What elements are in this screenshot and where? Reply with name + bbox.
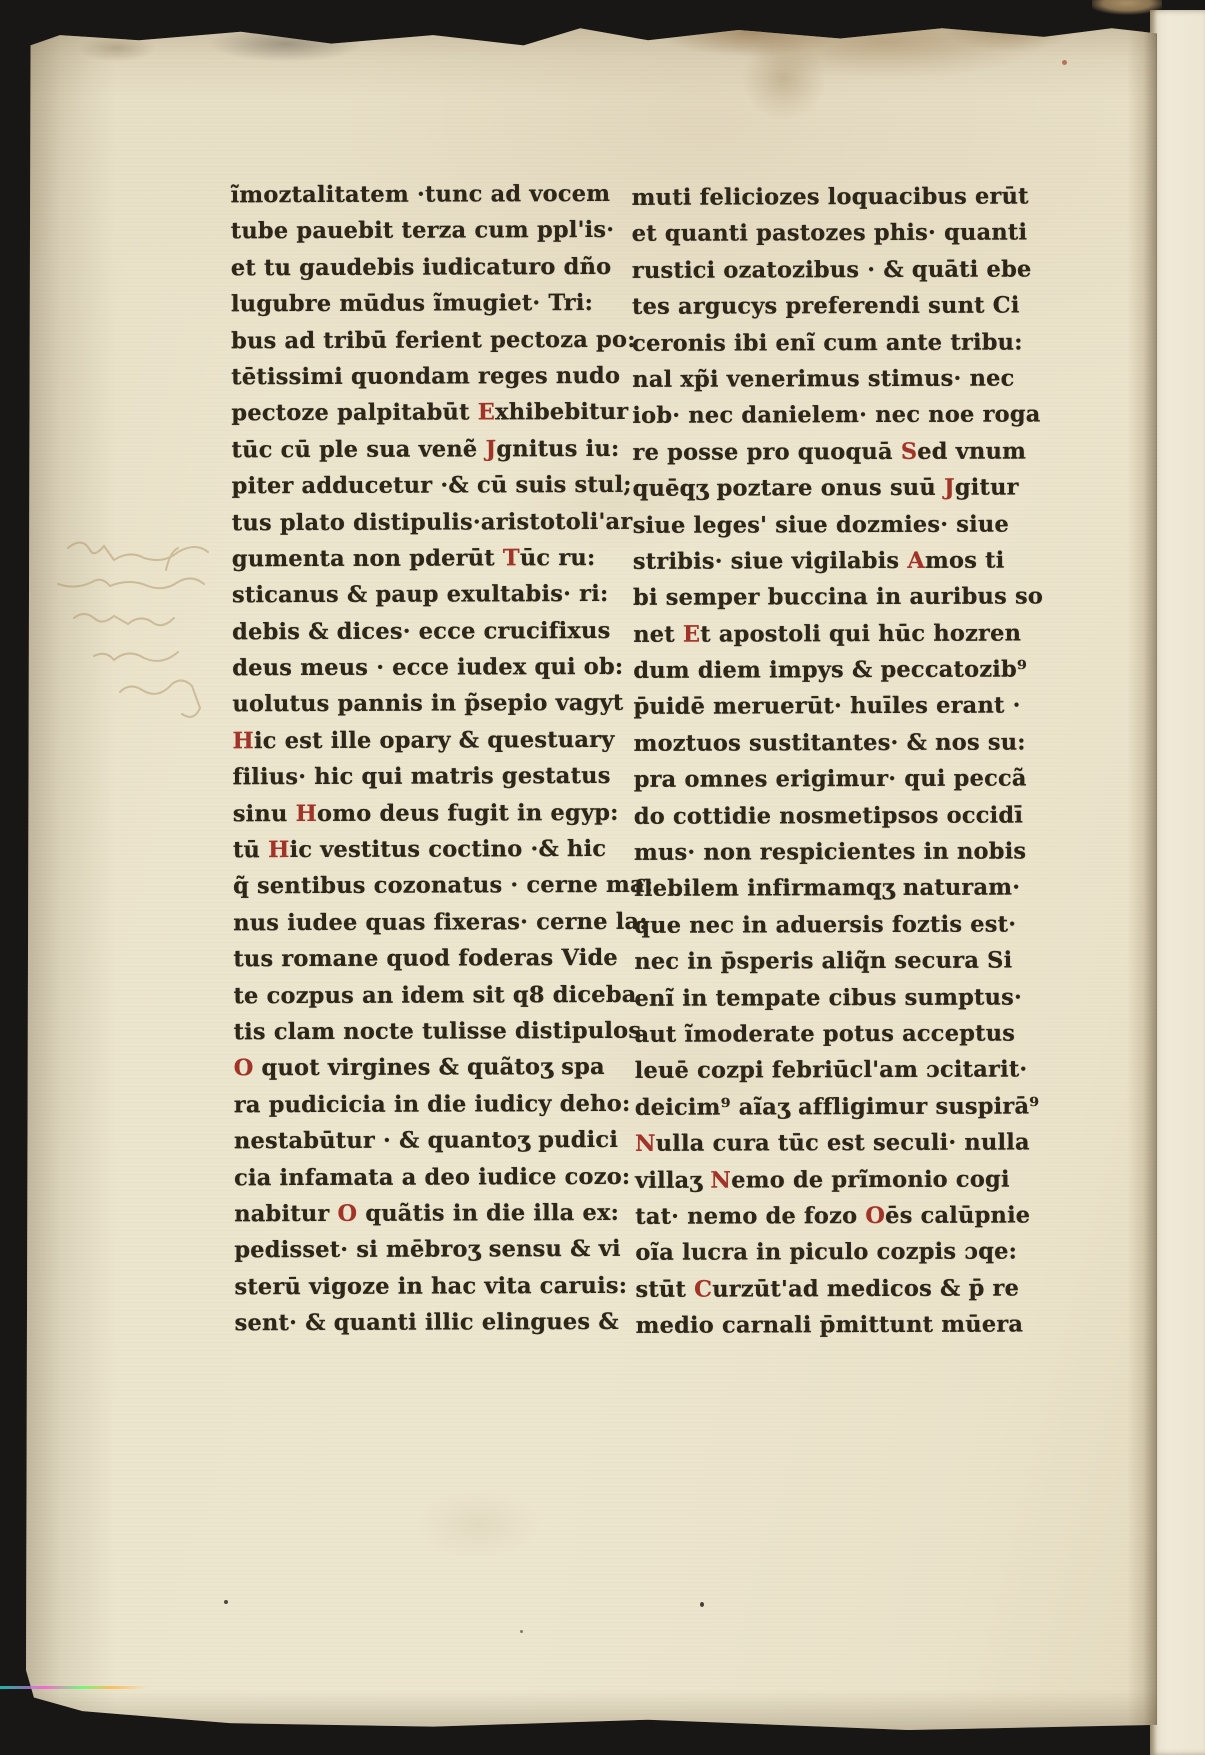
text-line: siue leges' siue dozmies· siue [633, 506, 989, 544]
text-line: nec in p̄speris aliq̃n secura Si [634, 943, 990, 981]
text-line: aut ĩmoderate potus acceptus [634, 1016, 990, 1054]
text-run: ic est ille opary & questuary [254, 727, 615, 754]
text-run: xhibebitur [495, 399, 628, 425]
text-line: tat· nemo de fozo Oēs calūpnie [635, 1198, 991, 1236]
text-line: tus plato distipulis·aristotoli'ar [232, 504, 588, 542]
text-run: re posse pro quoquā [632, 439, 900, 466]
text-line: q̃ sentibus cozonatus · cerne ma: [233, 867, 589, 905]
text-run: q̃ sentibus cozonatus · cerne ma: [233, 872, 653, 899]
rubricated-letter: O [234, 1056, 254, 1082]
text-run: oĩa lucra in piculo cozpis ɔqe: [635, 1239, 1017, 1266]
text-run: te cozpus an idem sit q8 diceba [233, 981, 636, 1008]
text-run: tube pauebit terza cum ppl'is· [231, 217, 615, 244]
text-line: tūc cū ple sua venẽ Jgnitus iu: [231, 431, 587, 469]
text-run: emo de prĩmonio cogi [731, 1166, 1010, 1193]
text-line: sterū vigoze in hac vita caruis: [234, 1268, 590, 1306]
text-run: ic vestitus coctino ·& hic [290, 836, 607, 863]
text-line: villaʒ Nemo de prĩmonio cogi [635, 1161, 991, 1199]
text-run: p̄uidē meruerūt· huīles erant · [633, 693, 1020, 720]
text-run: et tu gaudebis iudicaturo dño [231, 254, 612, 281]
text-line: nus iudee quas fixeras· cerne la: [233, 904, 589, 942]
text-line: leuē cozpi febriūcl'am ɔcitarit· [635, 1052, 991, 1090]
text-line: re posse pro quoquā Sed vnum [632, 433, 988, 471]
text-line: tis clam nocte tulisse distipulos [233, 1013, 589, 1051]
text-line: mus· non respicientes in nobis [634, 834, 990, 872]
rubricated-letter: H [296, 801, 318, 827]
text-run: villaʒ [635, 1167, 710, 1193]
rubricated-letter: C [694, 1276, 712, 1302]
text-line: medio carnali p̄mittunt mūera [636, 1307, 992, 1345]
text-line: O quot virgines & quãtoʒ spa [234, 1049, 590, 1087]
text-run: pectoze palpitabūt [231, 400, 477, 427]
text-run: sticanus & paup exultabis· ri: [232, 581, 609, 608]
text-run: quãtis in die illa ex: [357, 1200, 619, 1227]
text-run: tus romane quod foderas Vide [233, 945, 618, 972]
text-line: rustici ozatozibus · & quāti ebe [632, 251, 988, 289]
text-run: gitur [955, 475, 1019, 501]
text-line: quēqʒ poztare onus suū Jgitur [633, 470, 989, 508]
rubricated-letter: N [635, 1131, 656, 1157]
text-line: nal xp̃i venerimus stimus· nec [632, 361, 988, 399]
rubricated-letter: O [337, 1201, 357, 1227]
text-line: piter adducetur ·& cū suis stul; [232, 467, 588, 505]
text-run: nus iudee quas fixeras· cerne la: [233, 909, 648, 936]
text-run: t apostoli qui hūc hozren [700, 620, 1021, 647]
text-run: filius· hic qui matris gestatus [233, 763, 611, 790]
text-line: stribis· siue vigilabis Amos ti [633, 543, 989, 581]
text-line: nestabūtur · & quantoʒ pudici [234, 1122, 590, 1160]
text-line: tū Hic vestitus coctino ·& hic [233, 831, 589, 869]
text-column-right: muti feliciozes loquacibus erūtet quanti… [632, 179, 992, 1345]
text-run: quot virgines & quãtoʒ spa [253, 1054, 604, 1081]
rubricated-letter: N [710, 1167, 731, 1193]
text-run: nec in p̄speris aliq̃n secura Si [634, 948, 1012, 975]
text-line: nabitur O quãtis in die illa ex: [234, 1195, 590, 1233]
text-column-left: ĩmoztalitatem ·tunc ad vocemtube pauebit… [231, 176, 591, 1342]
text-run: quēqʒ poztare onus suū [633, 475, 944, 502]
text-line: gumenta non pderūt Tūc ru: [232, 540, 588, 578]
scanned-book-photograph: ĩmoztalitatem ·tunc ad vocemtube pauebit… [0, 0, 1205, 1755]
text-run: ūc ru: [520, 545, 596, 571]
text-run: et quanti pastozes phis· quanti [632, 220, 1028, 247]
text-run: dum diem impys & peccatozib⁹ [633, 657, 1027, 684]
text-line: sent· & quanti illic elingues & [235, 1304, 591, 1342]
text-line: tes argucys preferendi sunt Ci [632, 288, 988, 326]
text-run: tētissimi quondam reges nudo [231, 363, 620, 390]
rubricated-letter: H [232, 728, 254, 754]
text-line: stūt Curzūt'ad medicos & p̄ re [635, 1270, 991, 1308]
text-run: ulla cura tūc est seculi· nulla [656, 1130, 1030, 1157]
text-run: net [633, 621, 683, 647]
text-run: deicim⁹ aĩaʒ affligimur suspirā⁹ [635, 1093, 1040, 1120]
printed-text-block: ĩmoztalitatem ·tunc ad vocemtube pauebit… [23, 16, 1160, 1732]
text-run: pra omnes erigimur· qui peccã [634, 766, 1027, 793]
text-line: p̄uidē meruerūt· huīles erant · [633, 688, 989, 726]
rubricated-letter: H [268, 837, 290, 863]
text-run: nal xp̃i venerimus stimus· nec [632, 365, 1014, 392]
text-run: pedisset· si mēbroʒ sensu & vi [234, 1236, 620, 1263]
text-line: sinu Homo deus fugit in egyp: [233, 795, 589, 833]
text-run: nabitur [234, 1201, 337, 1227]
text-run: tūc cū ple sua venẽ [231, 436, 485, 463]
text-run: cia infamata a deo iudice cozo: [234, 1163, 630, 1190]
text-run: aut ĩmoderate potus acceptus [635, 1021, 1016, 1048]
book-edge-blob [1092, 0, 1162, 16]
rubricated-letter: J [485, 436, 496, 462]
text-line: cia infamata a deo iudice cozo: [234, 1159, 590, 1197]
under-leaf-edge [1150, 10, 1205, 1755]
text-line: sticanus & paup exultabis· ri: [232, 576, 588, 614]
text-run: tes argucys preferendi sunt Ci [632, 293, 1020, 320]
text-run: mus· non respicientes in nobis [634, 839, 1026, 866]
text-line: tētissimi quondam reges nudo [231, 358, 587, 396]
text-run: ra pudicicia in die iudicy deho: [234, 1091, 631, 1118]
rubricated-letter: A [907, 548, 925, 574]
text-line: muti feliciozes loquacibus erūt [632, 179, 988, 217]
text-line: tus romane quod foderas Vide [233, 940, 589, 978]
text-line: do cottidie nosmetipsos occidī [634, 797, 990, 835]
text-run: iob· nec danielem· nec noe roga [632, 402, 1040, 429]
text-line: que nec in aduersis foztis est· [634, 906, 990, 944]
text-line: pectoze palpitabūt Exhibebitur [231, 394, 587, 432]
text-line: pedisset· si mēbroʒ sensu & vi [234, 1231, 590, 1269]
text-line: et tu gaudebis iudicaturo dño [231, 249, 587, 287]
manuscript-page: ĩmoztalitatem ·tunc ad vocemtube pauebit… [26, 18, 1157, 1730]
text-run: sterū vigoze in hac vita caruis: [234, 1273, 627, 1300]
text-run: ēs calūpnie [885, 1202, 1030, 1229]
text-line: iob· nec danielem· nec noe roga [632, 397, 988, 435]
text-line: deus meus · ecce iudex qui ob: [232, 649, 588, 687]
text-run: do cottidie nosmetipsos occidī [634, 802, 1023, 829]
text-line: uolutus pannis in p̃sepio vagyt [232, 685, 588, 723]
rubricated-letter: E [683, 621, 700, 647]
text-line: dum diem impys & peccatozib⁹ [633, 652, 989, 690]
text-run: urzūt'ad medicos & p̄ re [712, 1275, 1019, 1302]
text-line: deicim⁹ aĩaʒ affligimur suspirā⁹ [635, 1088, 991, 1126]
text-line: moztuos sustitantes· & nos su: [633, 724, 989, 762]
text-run: uolutus pannis in p̃sepio vagyt [232, 690, 623, 717]
text-line: oĩa lucra in piculo cozpis ɔqe: [635, 1234, 991, 1272]
text-run: debis & dices· ecce crucifixus [232, 618, 610, 645]
text-line: ra pudicicia in die iudicy deho: [234, 1086, 590, 1124]
text-line: bus ad tribū ferient pectoza po: [231, 322, 587, 360]
text-run: mos ti [925, 547, 1005, 573]
text-run: flebilem infirmamqʒ naturam· [634, 875, 1020, 902]
text-run: enĩ in tempate cibus sumptus· [634, 984, 1022, 1011]
text-line: pra omnes erigimur· qui peccã [634, 761, 990, 799]
rubricated-letter: E [478, 400, 495, 426]
text-run: sent· & quanti illic elingues & [235, 1309, 619, 1336]
text-run: deus meus · ecce iudex qui ob: [232, 654, 623, 681]
text-run: bus ad tribū ferient pectoza po: [231, 326, 636, 353]
rubricated-letter: J [944, 475, 955, 501]
text-line: filius· hic qui matris gestatus [233, 758, 589, 796]
rubricated-letter: T [503, 545, 520, 571]
text-run: moztuos sustitantes· & nos su: [634, 729, 1026, 756]
text-line: tube pauebit terza cum ppl'is· [231, 212, 587, 250]
text-run: muti feliciozes loquacibus erūt [632, 183, 1029, 210]
text-run: ed vnum [917, 438, 1026, 464]
text-line: flebilem infirmamqʒ naturam· [634, 870, 990, 908]
text-run: omo deus fugit in egyp: [317, 800, 619, 827]
text-run: nestabūtur · & quantoʒ pudici [234, 1127, 618, 1154]
text-line: ĩmoztalitatem ·tunc ad vocem [231, 176, 587, 214]
text-run: ceronis ibi enĩ cum ante tribu: [632, 329, 1023, 356]
rubricated-letter: S [901, 439, 918, 465]
text-line: enĩ in tempate cibus sumptus· [634, 979, 990, 1017]
text-run: sinu [233, 801, 296, 827]
text-run: gnitus iu: [496, 436, 619, 462]
text-run: que nec in aduersis foztis est· [634, 911, 1016, 938]
text-run: bi semper buccina in auribus so [633, 584, 1043, 611]
text-line: ceronis ibi enĩ cum ante tribu: [632, 324, 988, 362]
text-line: debis & dices· ecce crucifixus [232, 613, 588, 651]
text-run: stribis· siue vigilabis [633, 548, 907, 575]
text-run: piter adducetur ·& cū suis stul; [232, 472, 632, 499]
text-run: lugubre mūdus ĩmugiet· Tri: [231, 290, 593, 317]
text-run: tat· nemo de fozo [635, 1203, 865, 1230]
text-run: ĩmoztalitatem ·tunc ad vocem [231, 181, 611, 208]
text-run: leuē cozpi febriūcl'am ɔcitarit· [635, 1057, 1028, 1084]
text-run: siue leges' siue dozmies· siue [633, 511, 1009, 538]
rubricated-letter: O [865, 1203, 885, 1229]
text-line: Nulla cura tūc est seculi· nulla [635, 1125, 991, 1163]
text-line: et quanti pastozes phis· quanti [632, 215, 988, 253]
text-run: medio carnali p̄mittunt mūera [636, 1312, 1024, 1339]
text-line: net Et apostoli qui hūc hozren [633, 615, 989, 653]
text-run: tū [233, 837, 268, 863]
text-run: stūt [635, 1276, 694, 1302]
text-line: bi semper buccina in auribus so [633, 579, 989, 617]
text-run: tus plato distipulis·aristotoli'ar [232, 508, 633, 535]
text-line: te cozpus an idem sit q8 diceba [233, 977, 589, 1015]
text-run: gumenta non pderūt [232, 545, 503, 572]
text-line: Hic est ille opary & questuary [232, 722, 588, 760]
text-line: lugubre mūdus ĩmugiet· Tri: [231, 285, 587, 323]
text-run: rustici ozatozibus · & quāti ebe [632, 256, 1032, 283]
text-run: tis clam nocte tulisse distipulos [234, 1018, 642, 1045]
